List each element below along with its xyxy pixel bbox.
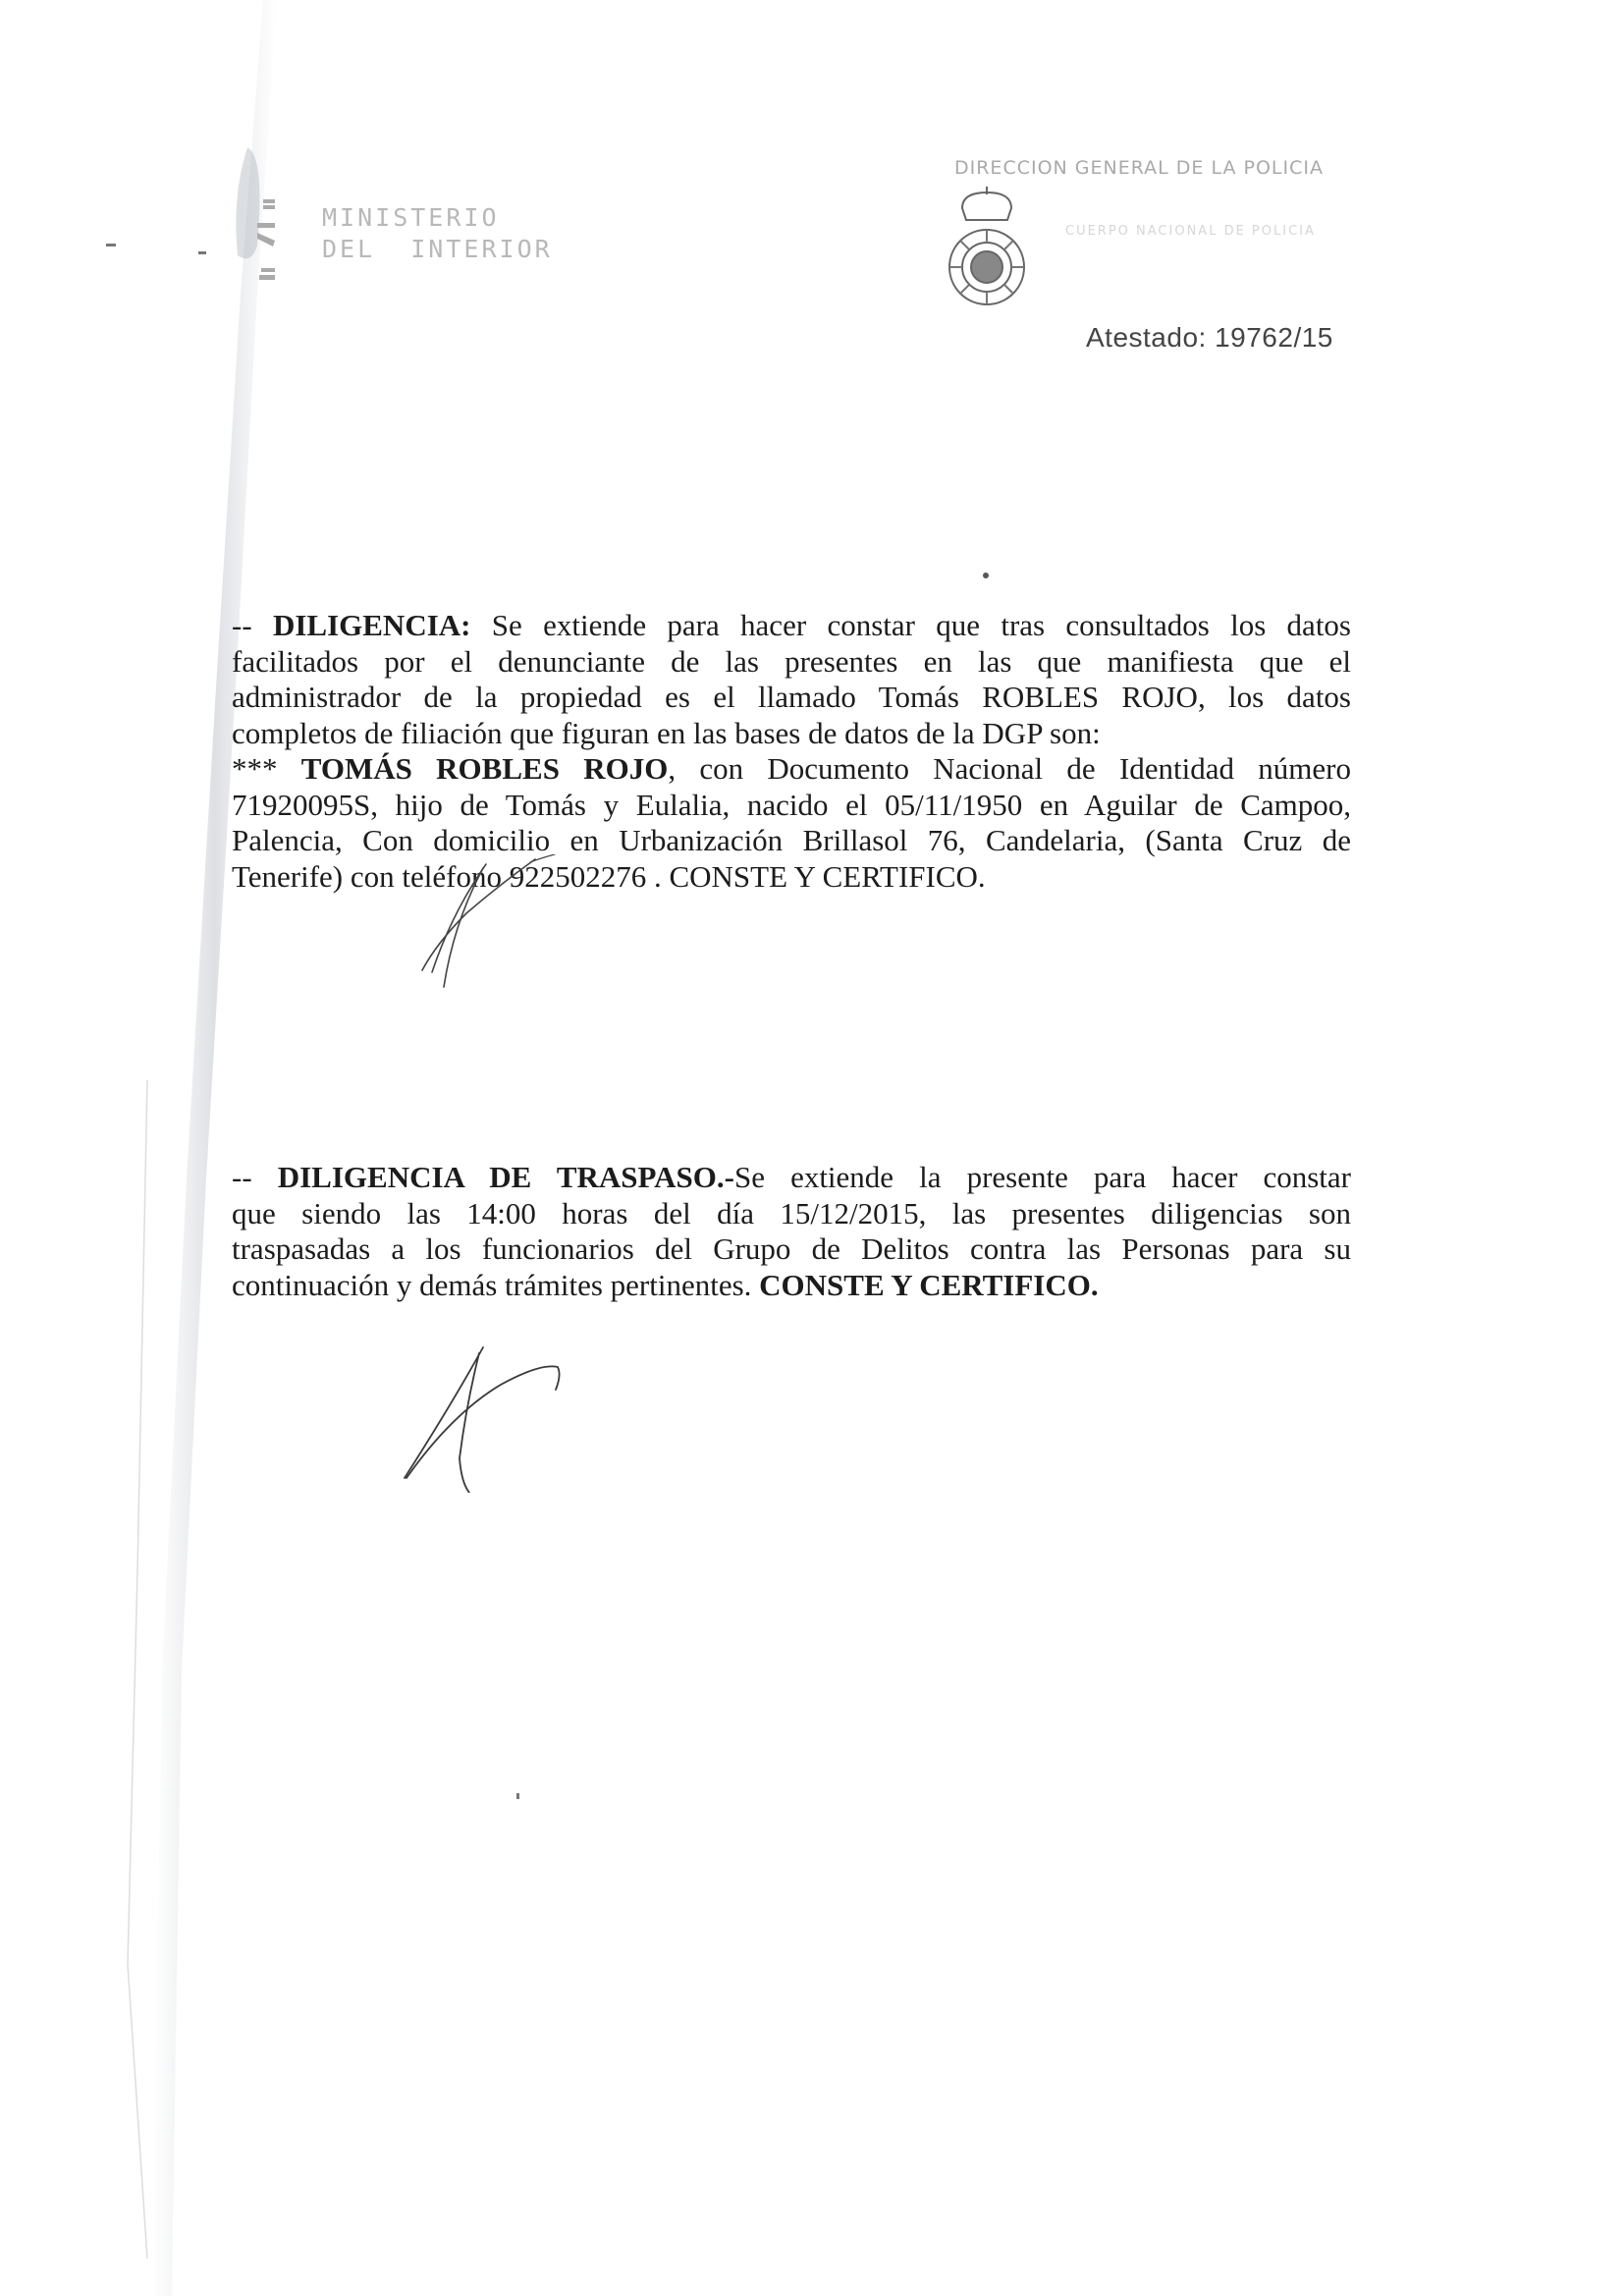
- text-line: Tenerife) con teléfono 922502276 . CONST…: [232, 859, 1351, 896]
- ministry-line-2: DEL INTERIOR: [322, 234, 553, 265]
- text-line: administrador de la propiedad es el llam…: [232, 680, 1351, 716]
- closing-certification: CONSTE Y CERTIFICO.: [759, 1268, 1098, 1302]
- police-directorate-title: DIRECCION GENERAL DE LA POLICIA: [954, 157, 1324, 179]
- scan-dot: [983, 573, 989, 578]
- signature-2: [393, 1345, 589, 1493]
- scan-edge-shadow: [0, 0, 1624, 2296]
- text-line: Palencia, Con domicilio en Urbanización …: [232, 823, 1351, 859]
- text-line: -- DILIGENCIA DE TRASPASO.-Se extiende l…: [232, 1160, 1351, 1196]
- police-badge-icon: [943, 187, 1031, 309]
- text-line: *** TOMÁS ROBLES ROJO, con Documento Nac…: [232, 751, 1351, 788]
- atestado-number: Atestado: 19762/15: [1086, 322, 1333, 354]
- line-text: , con Documento Nacional de Identidad nú…: [668, 751, 1351, 786]
- diligencia-traspaso-heading: DILIGENCIA DE TRASPASO.-: [278, 1160, 734, 1194]
- text-line: traspasadas a los funcionarios del Grupo…: [232, 1231, 1351, 1268]
- scan-speck: [198, 251, 206, 254]
- diligencia-heading: DILIGENCIA:: [273, 608, 471, 642]
- scan-speck: [516, 1793, 519, 1799]
- ministry-crest-icon: [236, 191, 285, 300]
- dash-prefix: --: [232, 1160, 278, 1194]
- text-line: -- DILIGENCIA: Se extiende para hacer co…: [232, 608, 1351, 644]
- ministry-line-1: MINISTERIO: [322, 202, 553, 234]
- text-line: continuación y demás trámites pertinente…: [232, 1268, 1351, 1304]
- line-text: Se extiende la presente para hacer const…: [734, 1160, 1351, 1194]
- person-name: TOMÁS ROBLES ROJO: [301, 751, 669, 786]
- line-text: continuación y demás trámites pertinente…: [232, 1268, 759, 1302]
- text-line: 71920095S, hijo de Tomás y Eulalia, naci…: [232, 788, 1351, 824]
- police-corps-title: CUERPO NACIONAL DE POLICIA: [1065, 224, 1316, 239]
- diligencia-paragraph: -- DILIGENCIA: Se extiende para hacer co…: [232, 608, 1351, 895]
- text-line: que siendo las 14:00 horas del día 15/12…: [232, 1196, 1351, 1232]
- line-text: Se extiende para hacer constar que tras …: [470, 608, 1351, 642]
- dash-prefix: --: [232, 608, 273, 642]
- asterisks: ***: [232, 751, 301, 786]
- text-line: completos de filiación que figuran en la…: [232, 716, 1351, 752]
- ministry-name: MINISTERIO DEL INTERIOR: [322, 202, 553, 265]
- text-line: facilitados por el denunciante de las pr…: [232, 644, 1351, 681]
- scan-speck: [106, 244, 116, 246]
- diligencia-traspaso-paragraph: -- DILIGENCIA DE TRASPASO.-Se extiende l…: [232, 1160, 1351, 1303]
- document-page: MINISTERIO DEL INTERIOR DIRECCION GENERA…: [0, 0, 1624, 2296]
